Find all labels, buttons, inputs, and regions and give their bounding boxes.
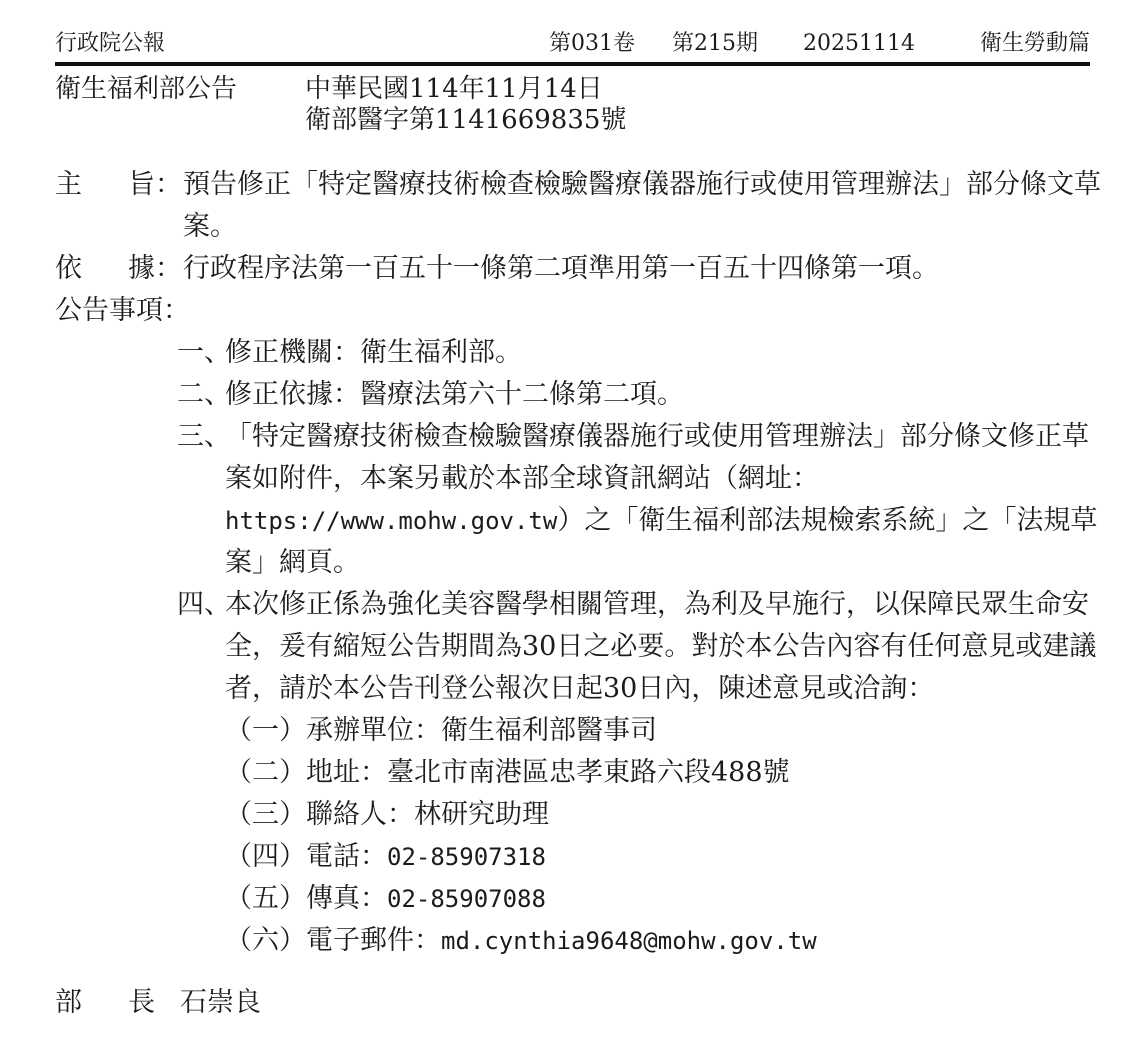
sub-item-contact: （三）聯絡人：林研究助理 (225, 794, 1090, 836)
minister-signature: 部 長 石崇良 (55, 982, 1090, 1024)
item-text-line: 全，爰有縮短公告期間為30日之必要。對於本公告內容有任何意見或建議 (225, 626, 1090, 668)
subject-label-char-1: 主 (55, 164, 82, 248)
notice-body: 主 旨 ： 預告修正「特定醫療技術檢查檢驗醫療儀器施行或使用管理辦法」部分條文草… (55, 164, 1090, 1024)
list-item-2: 二、 修正依據：醫療法第六十二條第二項。 (177, 374, 1090, 416)
item-text-line: 修正依據：醫療法第六十二條第二項。 (225, 374, 1090, 416)
section-label: 衛生勞動篇 (980, 30, 1090, 58)
subject-text-line: 案。 (183, 206, 1090, 248)
item-text-segment: ）之「衛生福利部法規檢索系統」之「法規草 (557, 505, 1097, 536)
gazette-meta: 第031卷 第215期 20251114 衛生勞動篇 (549, 30, 1090, 58)
item-text-line: 者，請於本公告刊登公報次日起30日內，陳述意見或洽詢： (225, 668, 1090, 710)
item-text-line: 修正機關：衛生福利部。 (225, 332, 1090, 374)
contact-label: （六）電子郵件： (225, 925, 441, 956)
subject-label: 主 旨 (55, 164, 155, 248)
agency-title: 衛生福利部公告 (55, 74, 305, 136)
basis-label-char-1: 依 (55, 248, 82, 290)
minister-name: 石崇良 (180, 982, 261, 1024)
header-divider (55, 62, 1090, 66)
basis-field: 依 據 ： 行政程序法第一百五十一條第二項準用第一百五十四條第一項。 (55, 248, 1090, 290)
publication-title: 行政院公報 (55, 30, 165, 58)
basis-colon: ： (155, 248, 183, 290)
list-item-1: 一、 修正機關：衛生福利部。 (177, 332, 1090, 374)
subject-label-char-2: 旨 (128, 164, 155, 248)
minister-title: 部 長 (55, 982, 155, 1024)
gazette-page: 行政院公報 第031卷 第215期 20251114 衛生勞動篇 衛生福利部公告… (0, 0, 1147, 1044)
sub-item-fax: （五）傳真：02-85907088 (225, 878, 1090, 920)
announcement-heading: 公告事項： (55, 290, 1090, 332)
sub-item-email: （六）電子郵件：md.cynthia9648@mohw.gov.tw (225, 920, 1090, 962)
item-text-line: 本次修正係為強化美容醫學相關管理，為利及早施行，以保障民眾生命安 (225, 584, 1090, 626)
subject-colon: ： (155, 164, 183, 248)
announcement-list: 一、 修正機關：衛生福利部。 二、 修正依據：醫療法第六十二條第二項。 三、 「… (177, 332, 1090, 962)
list-item-3: 三、 「特定醫療技術檢查檢驗醫療儀器施行或使用管理辦法」部分條文修正草 案如附件… (177, 416, 1090, 584)
minister-title-char-2: 長 (128, 982, 155, 1024)
issue-date-label: 20251114 (803, 30, 915, 58)
doc-date: 中華民國114年11月14日 (305, 74, 626, 105)
contact-label: （五）傳真： (225, 883, 387, 914)
item-text-line: 案」網頁。 (225, 542, 1090, 584)
phone-number: 02-85907318 (387, 843, 546, 871)
list-item-4: 四、 本次修正係為強化美容醫學相關管理，為利及早施行，以保障民眾生命安 全，爰有… (177, 584, 1090, 962)
subject-text: 預告修正「特定醫療技術檢查檢驗醫療儀器施行或使用管理辦法」部分條文草 案。 (183, 164, 1090, 248)
website-url-text: https://www.mohw.gov.tw (225, 507, 557, 535)
gazette-header: 行政院公報 第031卷 第215期 20251114 衛生勞動篇 (55, 30, 1090, 58)
basis-text: 行政程序法第一百五十一條第二項準用第一百五十四條第一項。 (183, 248, 1090, 290)
notice-head: 衛生福利部公告 中華民國114年11月14日 衛部醫字第1141669835號 (55, 74, 1090, 136)
email-address: md.cynthia9648@mohw.gov.tw (441, 927, 817, 955)
item-text-line: 案如附件，本案另載於本部全球資訊網站（網址： (225, 458, 1090, 500)
contact-label: （四）電話： (225, 841, 387, 872)
issue-label: 第215期 (672, 30, 758, 58)
item-number: 四、 (177, 584, 225, 626)
fax-number: 02-85907088 (387, 885, 546, 913)
contact-sub-list: （一）承辦單位：衛生福利部醫事司 （二）地址：臺北市南港區忠孝東路六段488號 … (225, 710, 1090, 962)
notice-reference: 中華民國114年11月14日 衛部醫字第1141669835號 (305, 74, 626, 136)
item-text-line: https://www.mohw.gov.tw）之「衛生福利部法規檢索系統」之「… (225, 500, 1090, 542)
item-number: 二、 (177, 374, 225, 416)
subject-text-line: 預告修正「特定醫療技術檢查檢驗醫療儀器施行或使用管理辦法」部分條文草 (183, 164, 1090, 206)
sub-item-address: （二）地址：臺北市南港區忠孝東路六段488號 (225, 752, 1090, 794)
minister-title-char-1: 部 (55, 982, 82, 1024)
item-number: 三、 (177, 416, 225, 458)
volume-label: 第031卷 (549, 30, 635, 58)
item-text-line: 「特定醫療技術檢查檢驗醫療儀器施行或使用管理辦法」部分條文修正草 (225, 416, 1090, 458)
subject-field: 主 旨 ： 預告修正「特定醫療技術檢查檢驗醫療儀器施行或使用管理辦法」部分條文草… (55, 164, 1090, 248)
item-number: 一、 (177, 332, 225, 374)
basis-label: 依 據 (55, 248, 155, 290)
doc-number: 衛部醫字第1141669835號 (305, 105, 626, 136)
basis-label-char-2: 據 (128, 248, 155, 290)
sub-item-unit: （一）承辦單位：衛生福利部醫事司 (225, 710, 1090, 752)
sub-item-phone: （四）電話：02-85907318 (225, 836, 1090, 878)
